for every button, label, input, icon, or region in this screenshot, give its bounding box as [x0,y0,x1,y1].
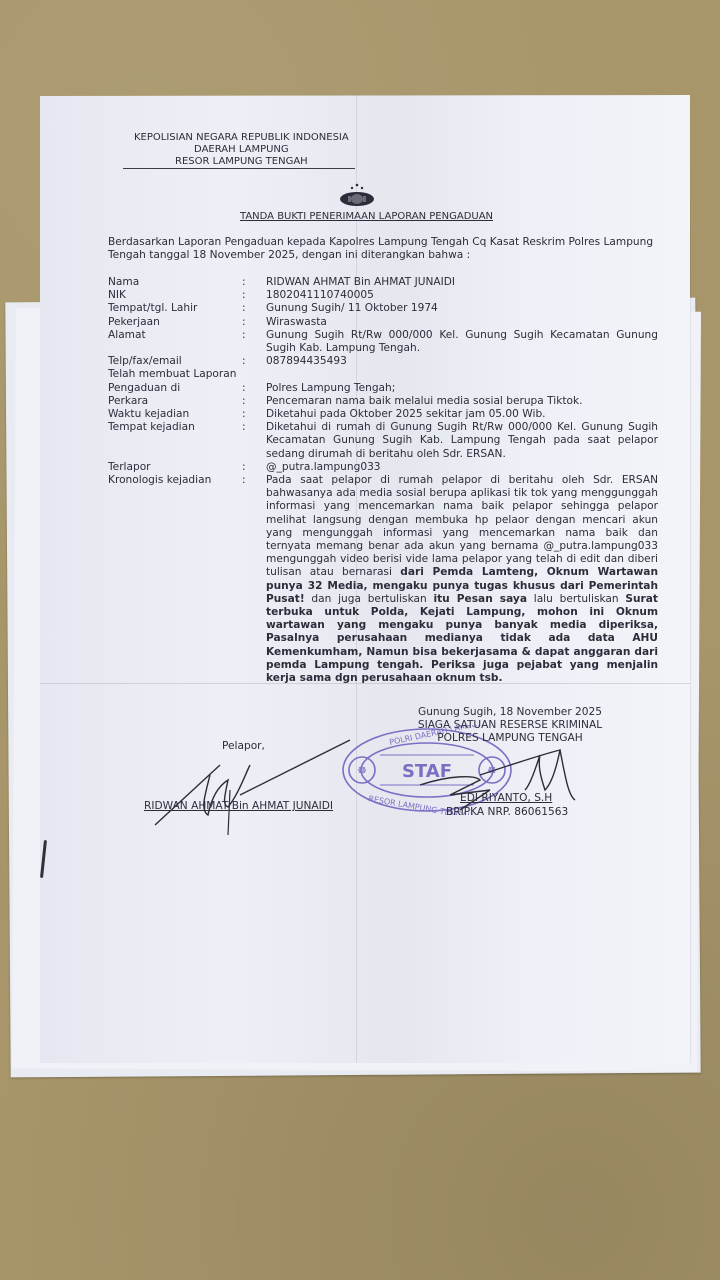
field-colon: : [242,355,266,368]
field-value: RIDWAN AHMAT Bin AHMAT JUNAIDI [266,276,658,289]
reporter-role: Pelapor, [222,740,265,753]
field-label: Terlapor [108,461,242,474]
field-label: Telp/fax/email [108,355,242,368]
letterhead-line-3: RESOR LAMPUNG TENGAH [134,156,349,168]
field-colon: : [242,474,266,685]
letterhead-line-1: KEPOLISIAN NEGARA REPUBLIK INDONESIA [134,132,349,144]
field-value [266,368,658,381]
field-label: Waktu kejadian [108,408,242,421]
letterhead-line-2: DAERAH LAMPUNG [134,144,349,156]
field-colon: : [242,289,266,302]
field-row: Pengaduan di:Polres Lampung Tengah; [108,382,658,395]
field-colon: : [242,316,266,329]
field-label: Nama [108,276,242,289]
field-value: Gunung Sugih/ 11 Oktober 1974 [266,302,658,315]
field-row: Nama:RIDWAN AHMAT Bin AHMAT JUNAIDI [108,276,658,289]
field-label: Perkara [108,395,242,408]
field-colon: : [242,408,266,421]
field-colon: : [242,461,266,474]
kronologis-text: Pada saat pelapor di rumah pelapor di be… [266,474,658,685]
field-label: Telah membuat Laporan [108,368,242,381]
unit-line-2: POLRES LAMPUNG TENGAH [390,732,630,745]
intro-paragraph: Berdasarkan Laporan Pengaduan kepada Kap… [108,236,658,262]
reporter-name: RIDWAN AHMAT Bin AHMAT JUNAIDI [144,800,333,813]
field-colon: : [242,382,266,395]
field-label: Tempat kejadian [108,421,242,461]
field-label: Tempat/tgl. Lahir [108,302,242,315]
letterhead-rule [123,168,355,169]
field-value: Polres Lampung Tengah; [266,382,658,395]
field-colon: : [242,329,266,355]
officer-name: EDI RIYANTO, S.H [460,792,552,805]
field-value: @_putra.lampung033 [266,461,658,474]
field-row: Pekerjaan:Wiraswasta [108,316,658,329]
svg-text:☸: ☸ [357,764,367,777]
svg-text:☸: ☸ [487,764,497,777]
kronologis-narrative: lalu bertuliskan [527,593,625,605]
kronologis-narrative: Pada saat pelapor di rumah pelapor di be… [266,474,658,578]
officer-rank-nrp: BRIPKA NRP. 86061563 [446,806,568,819]
field-row: Telp/fax/email:087894435493 [108,355,658,368]
unit-line-1: SIAGA SATUAN RESERSE KRIMINAL [390,719,630,732]
field-row: Waktu kejadian:Diketahui pada Oktober 20… [108,408,658,421]
field-colon: : [242,276,266,289]
svg-text:STAF: STAF [402,761,452,782]
field-row: Tempat/tgl. Lahir:Gunung Sugih/ 11 Oktob… [108,302,658,315]
field-value: Gunung Sugih Rt/Rw 000/000 Kel. Gunung S… [266,329,658,355]
field-colon: : [242,395,266,408]
officer-signature-block: Gunung Sugih, 18 November 2025 SIAGA SAT… [390,706,630,746]
field-row-kronologis: Kronologis kejadian:Pada saat pelapor di… [108,474,658,685]
field-value: Diketahui pada Oktober 2025 sekitar jam … [266,408,658,421]
field-row: Alamat:Gunung Sugih Rt/Rw 000/000 Kel. G… [108,329,658,355]
field-row: NIK:1802041110740005 [108,289,658,302]
field-value: Diketahui di rumah di Gunung Sugih Rt/Rw… [266,421,658,461]
field-value: Wiraswasta [266,316,658,329]
field-label: Pengaduan di [108,382,242,395]
field-colon [242,368,266,381]
field-label: Pekerjaan [108,316,242,329]
police-emblem-icon [337,182,377,208]
field-row: Tempat kejadian:Diketahui di rumah di Gu… [108,421,658,461]
kronologis-narrative: dan juga bertuliskan [305,593,434,605]
field-value: Pencemaran nama baik melalui media sosia… [266,395,658,408]
field-value: 087894435493 [266,355,658,368]
field-colon: : [242,302,266,315]
kronologis-quote: Surat terbuka untuk Polda, Kejati Lampun… [266,593,658,684]
kronologis-quote: itu Pesan saya [433,593,527,605]
field-row: Perkara:Pencemaran nama baik melalui med… [108,395,658,408]
report-fields: Nama:RIDWAN AHMAT Bin AHMAT JUNAIDINIK:1… [108,276,658,685]
letterhead: KEPOLISIAN NEGARA REPUBLIK INDONESIA DAE… [134,132,349,168]
field-value: 1802041110740005 [266,289,658,302]
field-label: Kronologis kejadian [108,474,242,685]
field-label: Alamat [108,329,242,355]
document-title: TANDA BUKTI PENERIMAAN LAPORAN PENGADUAN [240,210,493,223]
field-label: NIK [108,289,242,302]
field-row: Telah membuat Laporan [108,368,658,381]
field-colon: : [242,421,266,461]
field-row: Terlapor:@_putra.lampung033 [108,461,658,474]
place-date: Gunung Sugih, 18 November 2025 [390,706,630,719]
